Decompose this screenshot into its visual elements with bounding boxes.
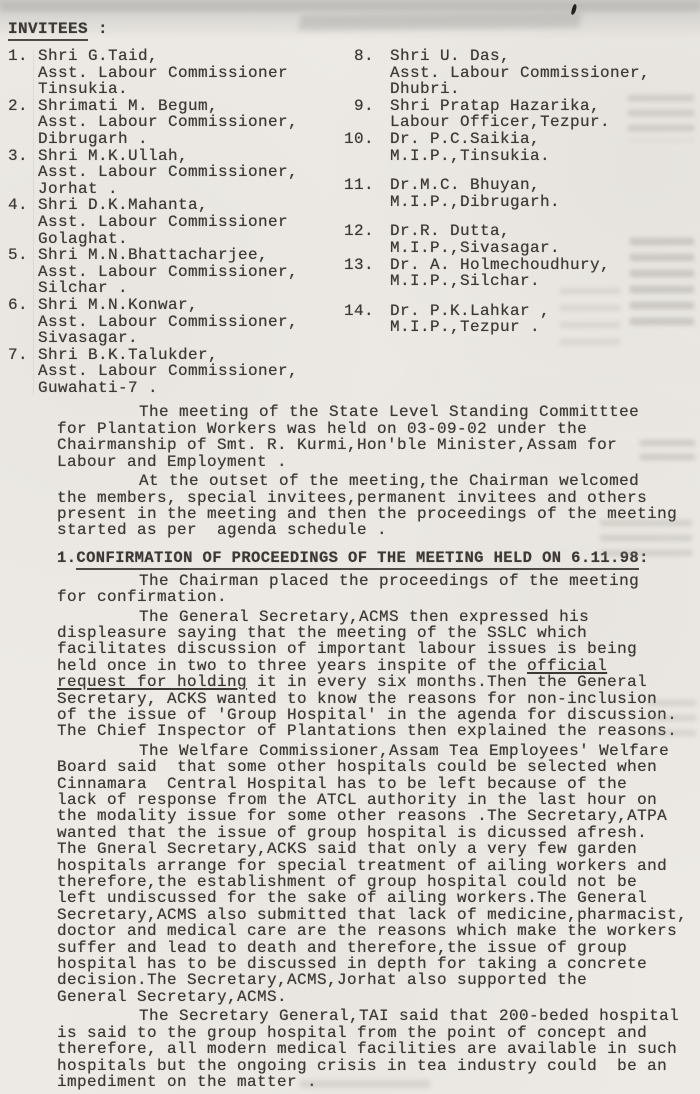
invitee-name-and-title: Dr. P.C.Saikia, M.I.P.,Tinsukia. xyxy=(390,131,550,164)
invitee-name-and-title: Dr. A. Holmechoudhury, M.I.P.,Silchar. xyxy=(390,257,610,290)
invitees-heading-text: INVITEES xyxy=(8,20,88,41)
paper-fold-line xyxy=(33,50,34,395)
invitee-name-and-title: Dr.M.C. Bhuyan, M.I.P.,Dibrugarh. xyxy=(390,177,560,210)
section-1-title: CONFIRMATION OF PROCEEDINGS OF THE MEETI… xyxy=(76,549,639,570)
invitee-name-and-title: Shri Pratap Hazarika, Labour Officer,Tez… xyxy=(390,98,610,131)
invitee-list-item: 6. Shri M.N.Konwar, Asst. Labour Commiss… xyxy=(8,297,340,347)
invitee-name-and-title: Shri M.N.Bhattacharjee, Asst. Labour Com… xyxy=(38,247,298,297)
scanned-document-page: INVITEES : 1. Shri G.Taid, Asst. Labour … xyxy=(0,0,700,1094)
invitee-name-and-title: Dr. P.K.Lahkar , M.I.P.,Tezpur . xyxy=(390,303,550,336)
invitee-name-and-title: Shri M.K.Ullah, Asst. Labour Commissione… xyxy=(38,148,298,198)
invitees-heading: INVITEES : xyxy=(8,20,700,38)
invitee-name-and-title: Shri D.K.Mahanta, Asst. Labour Commissio… xyxy=(38,197,288,247)
section-1-paragraph-2: The General Secretary,ACMS then expresse… xyxy=(57,609,700,740)
invitee-number: 8. xyxy=(340,48,374,98)
invitee-name-and-title: Shri B.K.Talukder, Asst. Labour Commissi… xyxy=(38,347,298,397)
bleedthrough-smudge xyxy=(630,238,694,333)
section-1-number: 1. xyxy=(57,549,76,567)
invitee-number: 11. xyxy=(340,177,374,210)
invitee-number: 9. xyxy=(340,98,374,131)
invitee-list-item: 11. Dr.M.C. Bhuyan, M.I.P.,Dibrugarh. xyxy=(340,177,692,210)
bleedthrough-smudge xyxy=(300,1080,430,1088)
section-1-paragraph-1: The Chairman placed the proceedings of t… xyxy=(57,573,700,606)
invitee-name-and-title: Dr.R. Dutta, M.I.P.,Sivasagar. xyxy=(390,223,560,256)
invitee-name-and-title: Shri U. Das, Asst. Labour Commissioner, … xyxy=(390,48,650,98)
invitee-name-and-title: Shrimati M. Begum, Asst. Labour Commissi… xyxy=(38,98,298,148)
section-1-paragraph-3: The Welfare Commissioner,Assam Tea Emplo… xyxy=(57,743,700,1006)
bleedthrough-smudge xyxy=(600,520,692,558)
section-1-paragraph-4: The Secretary General,TAI said that 200-… xyxy=(57,1008,700,1090)
bleedthrough-smudge xyxy=(640,440,695,468)
invitee-number: 10. xyxy=(340,131,374,164)
invitee-list-item: 3. Shri M.K.Ullah, Asst. Labour Commissi… xyxy=(8,148,340,198)
invitee-list-item: 2. Shrimati M. Begum, Asst. Labour Commi… xyxy=(8,98,340,148)
invitee-list-item: 4. Shri D.K.Mahanta, Asst. Labour Commis… xyxy=(8,197,340,247)
invitee-name-and-title: Shri M.N.Konwar, Asst. Labour Commission… xyxy=(38,297,298,347)
invitee-number: 14. xyxy=(340,303,374,336)
bleedthrough-smudge xyxy=(560,288,620,348)
invitee-list-left: 1. Shri G.Taid, Asst. Labour Commissione… xyxy=(8,48,340,396)
invitee-list-item: 8. Shri U. Das, Asst. Labour Commissione… xyxy=(340,48,692,98)
bleedthrough-smudge xyxy=(0,2,700,11)
invitees-heading-colon: : xyxy=(88,20,108,38)
invitee-number: 12. xyxy=(340,223,374,256)
invitee-name-and-title: Shri G.Taid, Asst. Labour Commissioner T… xyxy=(38,48,288,98)
invitee-list-item: 5. Shri M.N.Bhattacharjee, Asst. Labour … xyxy=(8,247,340,297)
invitee-list-item: 1. Shri G.Taid, Asst. Labour Commissione… xyxy=(8,48,340,98)
bleedthrough-smudge xyxy=(648,700,696,740)
bleedthrough-smudge xyxy=(628,95,694,141)
document-body: The meeting of the State Level Standing … xyxy=(57,404,700,1090)
invitee-number: 13. xyxy=(340,257,374,290)
intro-paragraph-1: The meeting of the State Level Standing … xyxy=(57,404,700,470)
invitee-list-item: 7. Shri B.K.Talukder, Asst. Labour Commi… xyxy=(8,347,340,397)
